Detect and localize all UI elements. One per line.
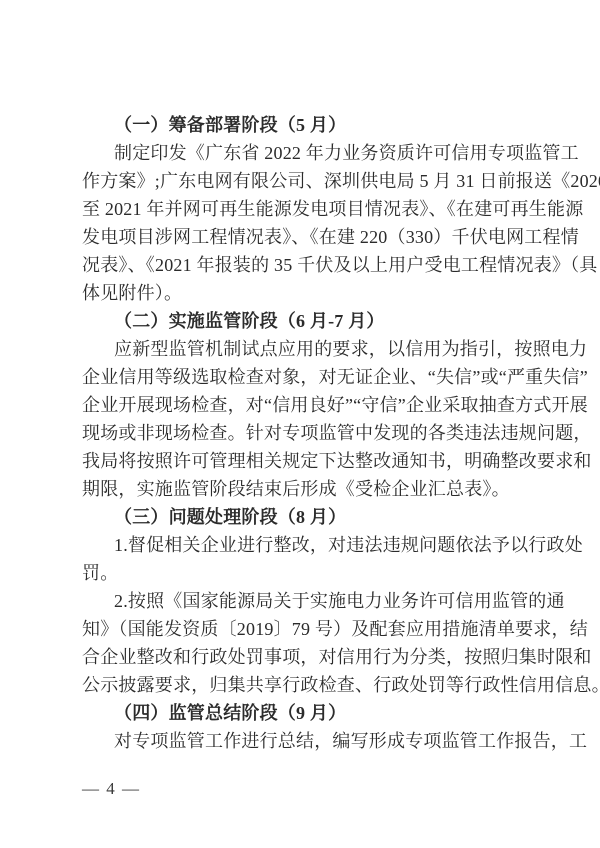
section-heading-2: （二）实施监管阶段（6 月-7 月）: [82, 307, 541, 335]
document-body: （一）筹备部署阶段（5 月） 制定印发《广东省 2022 年力业务资质许可信用专…: [82, 111, 541, 755]
body-line: 知》（国能发资质〔2019〕79 号）及配套应用措施清单要求，结: [82, 615, 541, 643]
body-line: 况表》、《2021 年报装的 35 千伏及以上用户受电工程情况表》（具: [82, 251, 541, 279]
section-heading-3: （三）问题处理阶段（8 月）: [82, 503, 541, 531]
body-line: 对专项监管工作进行总结，编写形成专项监管工作报告，工: [82, 727, 541, 755]
section-heading-1: （一）筹备部署阶段（5 月）: [82, 111, 541, 139]
body-line: 体见附件）。: [82, 279, 541, 307]
document-page: （一）筹备部署阶段（5 月） 制定印发《广东省 2022 年力业务资质许可信用专…: [0, 0, 600, 848]
body-line: 公示披露要求，归集共享行政检查、行政处罚等行政性信用信息。: [82, 671, 541, 699]
body-line: 我局将按照许可管理相关规定下达整改通知书，明确整改要求和: [82, 447, 541, 475]
section-heading-4: （四）监管总结阶段（9 月）: [82, 699, 541, 727]
body-line: 至 2021 年并网可再生能源发电项目情况表》、《在建可再生能源: [82, 195, 541, 223]
body-line: 罚。: [82, 559, 541, 587]
body-line: 发电项目涉网工程情况表》、《在建 220（330）千伏电网工程情: [82, 223, 541, 251]
body-line: 企业信用等级选取检查对象，对无证企业、“失信”或“严重失信”: [82, 363, 541, 391]
body-line: 企业开展现场检查，对“信用良好”“守信”企业采取抽查方式开展: [82, 391, 541, 419]
body-line: 1.督促相关企业进行整改，对违法违规问题依法予以行政处: [82, 531, 541, 559]
body-line: 应新型监管机制试点应用的要求，以信用为指引，按照电力: [82, 335, 541, 363]
page-number: — 4 —: [82, 779, 141, 799]
body-line: 现场或非现场检查。针对专项监管中发现的各类违法违规问题，: [82, 419, 541, 447]
body-line: 期限，实施监管阶段结束后形成《受检企业汇总表》。: [82, 475, 541, 503]
body-line: 合企业整改和行政处罚事项，对信用行为分类，按照归集时限和: [82, 643, 541, 671]
body-line: 作方案》;广东电网有限公司、深圳供电局 5 月 31 日前报送《2020: [82, 167, 541, 195]
body-line: 2.按照《国家能源局关于实施电力业务许可信用监管的通: [82, 587, 541, 615]
body-line: 制定印发《广东省 2022 年力业务资质许可信用专项监管工: [82, 139, 541, 167]
